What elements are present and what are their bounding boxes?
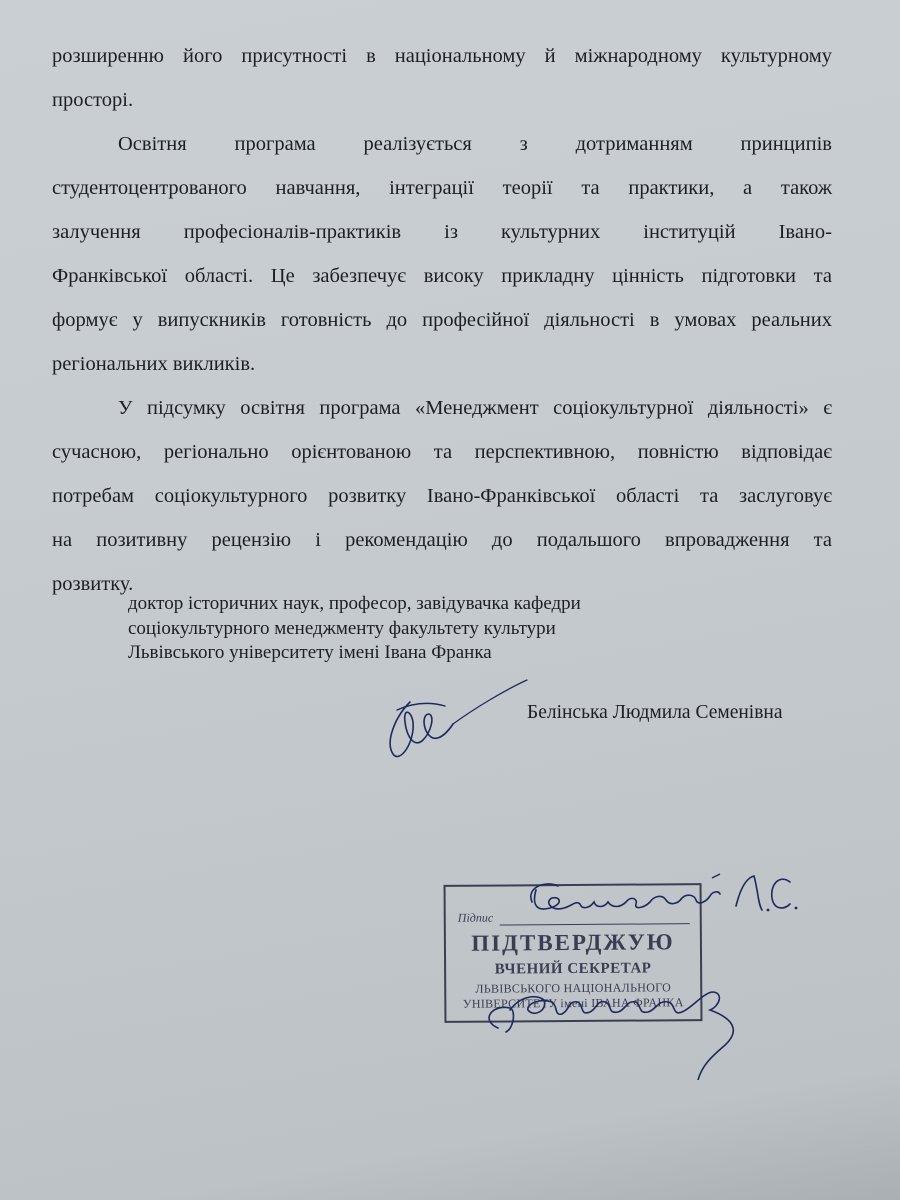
- paragraph-2-line-3: залучення професіоналів-практиків із кул…: [52, 220, 832, 244]
- paragraph-2-line-6: регіональних викликів.: [52, 352, 832, 376]
- handwritten-ink-icon: [440, 860, 800, 1080]
- signature-icon: [375, 672, 545, 772]
- paragraph-3-line-1: У підсумку освітня програма «Менеджмент …: [118, 396, 832, 420]
- paragraph-3-line-4: на позитивну рецензію і рекомендацію до …: [52, 528, 832, 552]
- text-line: розширенню його присутності в національн…: [52, 44, 832, 68]
- paragraph-2-line-4: Франківської області. Це забезпечує висо…: [52, 264, 832, 288]
- signatory-title-line-1: доктор історичних наук, професор, завіду…: [128, 592, 581, 617]
- paragraph-1-line-2: просторі.: [52, 88, 832, 112]
- document-page: розширенню його присутності в національн…: [0, 0, 900, 1200]
- paragraph-2-line-5: формує у випускників готовність до профе…: [52, 308, 832, 332]
- paragraph-2-line-2: студентоцентрованого навчання, інтеграці…: [52, 176, 832, 200]
- signatory-title-line-3: Львівського університету імені Івана Фра…: [128, 641, 581, 666]
- paragraph-3-line-3: потребам соціокультурного розвитку Івано…: [52, 484, 832, 508]
- paragraph-1-line-1: розширенню його присутності в національн…: [52, 44, 832, 68]
- signatory-title-line-2: соціокультурного менеджменту факультету …: [128, 617, 581, 642]
- signatory-name: Белінська Людмила Семенівна: [527, 702, 783, 724]
- signatory-title: доктор історичних наук, професор, завіду…: [128, 592, 581, 666]
- paragraph-2-line-1: Освітня програма реалізується з дотриман…: [118, 132, 832, 156]
- paragraph-3-line-2: сучасною, регіонально орієнтованою та пе…: [52, 440, 832, 464]
